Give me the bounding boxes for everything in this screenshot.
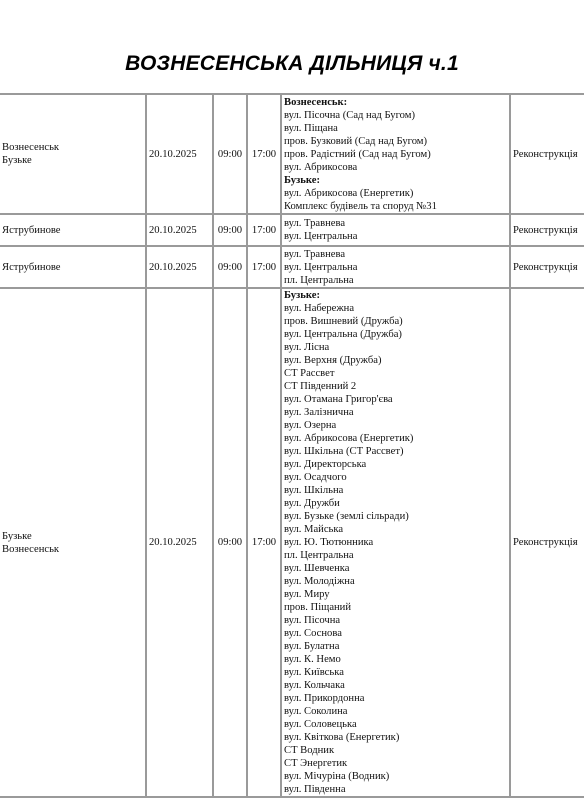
start-time-cell: 09:00 <box>213 214 247 246</box>
outage-schedule-table: ВознесенськБузьке20.10.202509:0017:00Воз… <box>0 93 584 798</box>
settlement-name: Яструбинове <box>2 224 143 237</box>
street-address: вул. Соловецька <box>284 718 507 731</box>
table-row: Яструбинове20.10.202509:0017:00вул. Трав… <box>0 246 584 288</box>
end-time-cell: 17:00 <box>247 94 281 214</box>
street-address: вул. Шкільна <box>284 484 507 497</box>
street-address: СТ Энергетик <box>284 757 507 770</box>
street-address: вул. Залізнична <box>284 406 507 419</box>
street-address: вул. Прикордонна <box>284 692 507 705</box>
date-cell: 20.10.2025 <box>146 94 213 214</box>
street-address: вул. Соколина <box>284 705 507 718</box>
street-address: вул. Південна <box>284 783 507 796</box>
street-address: Комплекс будівель та споруд №31 <box>284 200 507 213</box>
street-address: вул. Шевченка <box>284 562 507 575</box>
end-time-cell: 17:00 <box>247 288 281 797</box>
reason-cell: Реконструкція <box>510 214 584 246</box>
settlement-name: Бузьке <box>2 530 143 543</box>
street-address: вул. Центральна <box>284 261 507 274</box>
street-address: вул. Осадчого <box>284 471 507 484</box>
addresses-cell: вул. Травневавул. Центральнапл. Централь… <box>281 246 510 288</box>
street-address: вул. Травнева <box>284 248 507 261</box>
settlement-heading: Бузьке: <box>284 174 507 187</box>
street-address: вул. Центральна <box>284 230 507 243</box>
street-address: вул. Київська <box>284 666 507 679</box>
addresses-cell: Вознесенськ:вул. Пісочна (Сад над Бугом)… <box>281 94 510 214</box>
end-time-cell: 17:00 <box>247 246 281 288</box>
street-address: пров. Бузковий (Сад над Бугом) <box>284 135 507 148</box>
street-address: СТ Рассвет <box>284 367 507 380</box>
street-address: вул. Майська <box>284 523 507 536</box>
street-address: вул. Дружби <box>284 497 507 510</box>
table-row: ВознесенськБузьке20.10.202509:0017:00Воз… <box>0 94 584 214</box>
street-address: вул. Піщана <box>284 122 507 135</box>
end-time-cell: 17:00 <box>247 214 281 246</box>
street-address: пров. Піщаний <box>284 601 507 614</box>
addresses-cell: Бузьке:вул. Набережнапров. Вишневий (Дру… <box>281 288 510 797</box>
settlement-name: Вознесенськ <box>2 141 143 154</box>
date-cell: 20.10.2025 <box>146 288 213 797</box>
street-address: вул. Отамана Григор'єва <box>284 393 507 406</box>
date-cell: 20.10.2025 <box>146 214 213 246</box>
date-cell: 20.10.2025 <box>146 246 213 288</box>
street-address: вул. Соснова <box>284 627 507 640</box>
settlement-heading: Бузьке: <box>284 289 507 302</box>
street-address: вул. Ю. Тютюнника <box>284 536 507 549</box>
settlement-name: Вознесенськ <box>2 543 143 556</box>
street-address: вул. Мічуріна (Водник) <box>284 770 507 783</box>
addresses-cell: вул. Травневавул. Центральна <box>281 214 510 246</box>
settlement-cell: Яструбинове <box>0 214 146 246</box>
street-address: вул. Булатна <box>284 640 507 653</box>
street-address: вул. Травнева <box>284 217 507 230</box>
street-address: вул. Абрикосова (Енергетик) <box>284 432 507 445</box>
settlement-cell: ВознесенськБузьке <box>0 94 146 214</box>
reason-cell: Реконструкція <box>510 94 584 214</box>
settlement-heading: Вознесенськ: <box>284 96 507 109</box>
reason-cell: Реконструкція <box>510 288 584 797</box>
street-address: вул. Абрикосова (Енергетик) <box>284 187 507 200</box>
street-address: СТ Південний 2 <box>284 380 507 393</box>
street-address: вул. Абрикосова <box>284 161 507 174</box>
settlement-name: Яструбинове <box>2 261 143 274</box>
reason-cell: Реконструкція <box>510 246 584 288</box>
start-time-cell: 09:00 <box>213 288 247 797</box>
street-address: вул. Бузьке (землі сільради) <box>284 510 507 523</box>
street-address: вул. Молодіжна <box>284 575 507 588</box>
street-address: вул. Шкільна (СТ Рассвет) <box>284 445 507 458</box>
settlement-name: Бузьке <box>2 154 143 167</box>
street-address: вул. Квіткова (Енергетик) <box>284 731 507 744</box>
street-address: пл. Центральна <box>284 274 507 287</box>
start-time-cell: 09:00 <box>213 94 247 214</box>
street-address: вул. Пісочна <box>284 614 507 627</box>
street-address: вул. Центральна (Дружба) <box>284 328 507 341</box>
street-address: пров. Вишневий (Дружба) <box>284 315 507 328</box>
street-address: вул. К. Немо <box>284 653 507 666</box>
street-address: пров. Радістний (Сад над Бугом) <box>284 148 507 161</box>
document-title: ВОЗНЕСЕНСЬКА ДІЛЬНИЦЯ ч.1 <box>0 52 584 76</box>
street-address: пл. Центральна <box>284 549 507 562</box>
street-address: вул. Кольчака <box>284 679 507 692</box>
table-row: БузькеВознесенськ20.10.202509:0017:00Буз… <box>0 288 584 797</box>
start-time-cell: 09:00 <box>213 246 247 288</box>
street-address: вул. Пісочна (Сад над Бугом) <box>284 109 507 122</box>
street-address: вул. Миру <box>284 588 507 601</box>
settlement-cell: БузькеВознесенськ <box>0 288 146 797</box>
street-address: СТ Водник <box>284 744 507 757</box>
table-row: Яструбинове20.10.202509:0017:00вул. Трав… <box>0 214 584 246</box>
street-address: вул. Набережна <box>284 302 507 315</box>
street-address: вул. Лісна <box>284 341 507 354</box>
street-address: вул. Верхня (Дружба) <box>284 354 507 367</box>
settlement-cell: Яструбинове <box>0 246 146 288</box>
street-address: вул. Директорська <box>284 458 507 471</box>
street-address: вул. Озерна <box>284 419 507 432</box>
